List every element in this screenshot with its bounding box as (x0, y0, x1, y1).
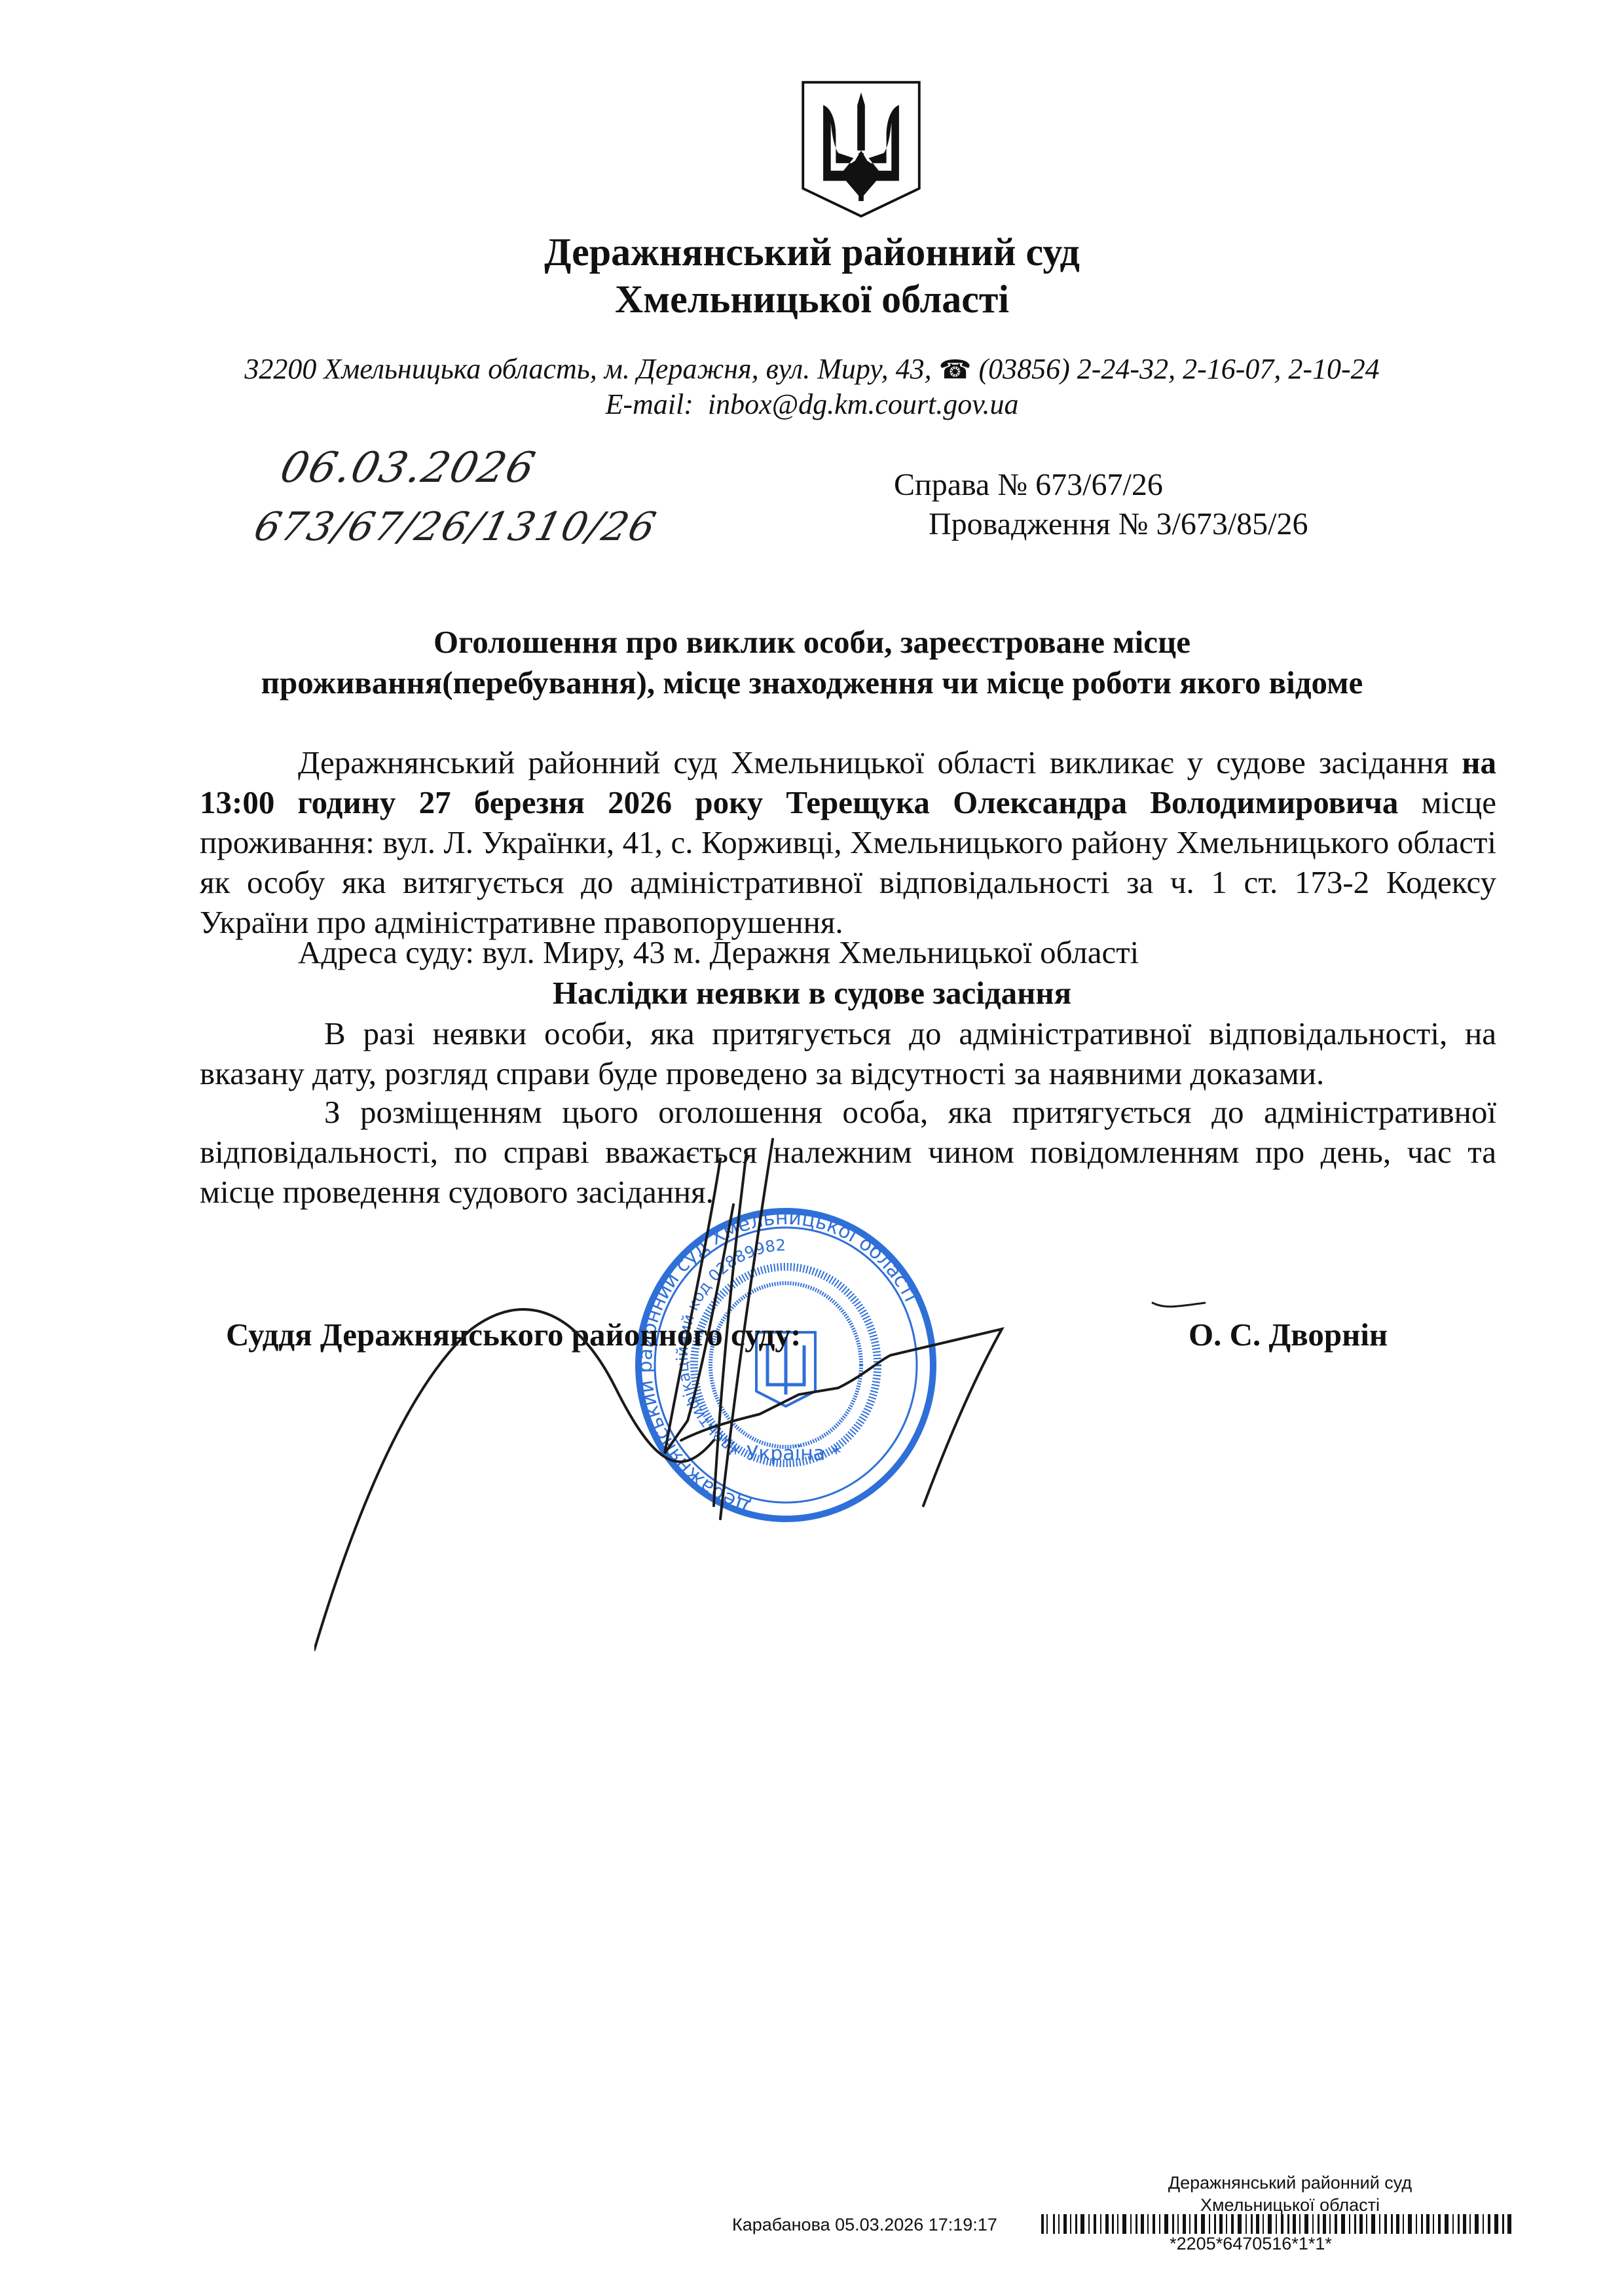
consequences-heading: Наслідки неявки в судове засідання (0, 973, 1624, 1013)
document-barcode (1041, 2214, 1513, 2234)
handwritten-date: 06.03.2026 (276, 444, 541, 492)
court-address-paragraph: Адреса суду: вул. Миру, 43 м. Деражня Хм… (200, 932, 1496, 972)
summons-intro: Деражнянський районний суд Хмельницької … (298, 744, 1449, 780)
court-address-text: Адреса суду: вул. Миру, 43 м. Деражня Хм… (298, 934, 1139, 970)
footer-org-line1: Деражнянський районний суд (1146, 2172, 1434, 2193)
court-address: 32200 Хмельницька область, м. Деражня, в… (0, 351, 1624, 388)
phone-numbers: (03856) 2-24-32, 2-16-07, 2-10-24 (978, 353, 1379, 385)
handwritten-signature (314, 1113, 1231, 1689)
address-text: 32200 Хмельницька область, м. Деражня, в… (244, 353, 931, 385)
document-title-line2: проживання(перебування), місце знаходжен… (0, 663, 1624, 703)
barcode-number: *2205*6470516*1*1* (1133, 2234, 1369, 2253)
proceeding-number: Провадження № 3/673/85/26 (929, 505, 1308, 543)
case-number: Справа № 673/67/26 (894, 466, 1163, 504)
handwritten-reg-number: 673/67/26/1310/26 (249, 504, 661, 550)
court-email: E-mail: inbox@dg.km.court.gov.ua (0, 386, 1624, 423)
non-appearance-paragraph: В разі неявки особи, яка притягується до… (200, 1013, 1496, 1093)
email-label: E-mail: (605, 388, 693, 420)
email-link[interactable]: inbox@dg.km.court.gov.ua (708, 388, 1019, 420)
court-name: Деражнянський районний суд (0, 228, 1624, 276)
footer-registrar-timestamp: Карабанова 05.03.2026 17:19:17 (732, 2214, 997, 2235)
document-title-line1: Оголошення про виклик особи, зареєстрова… (0, 622, 1624, 663)
footer-org-line2: Хмельницької області (1146, 2195, 1434, 2215)
court-region: Хмельницької області (0, 275, 1624, 323)
non-appearance-text: В разі неявки особи, яка притягується до… (200, 1015, 1496, 1091)
ukraine-trident-emblem-icon (798, 77, 925, 221)
summons-paragraph: Деражнянський районний суд Хмельницької … (200, 742, 1496, 942)
telephone-icon: ☎ (939, 355, 972, 384)
